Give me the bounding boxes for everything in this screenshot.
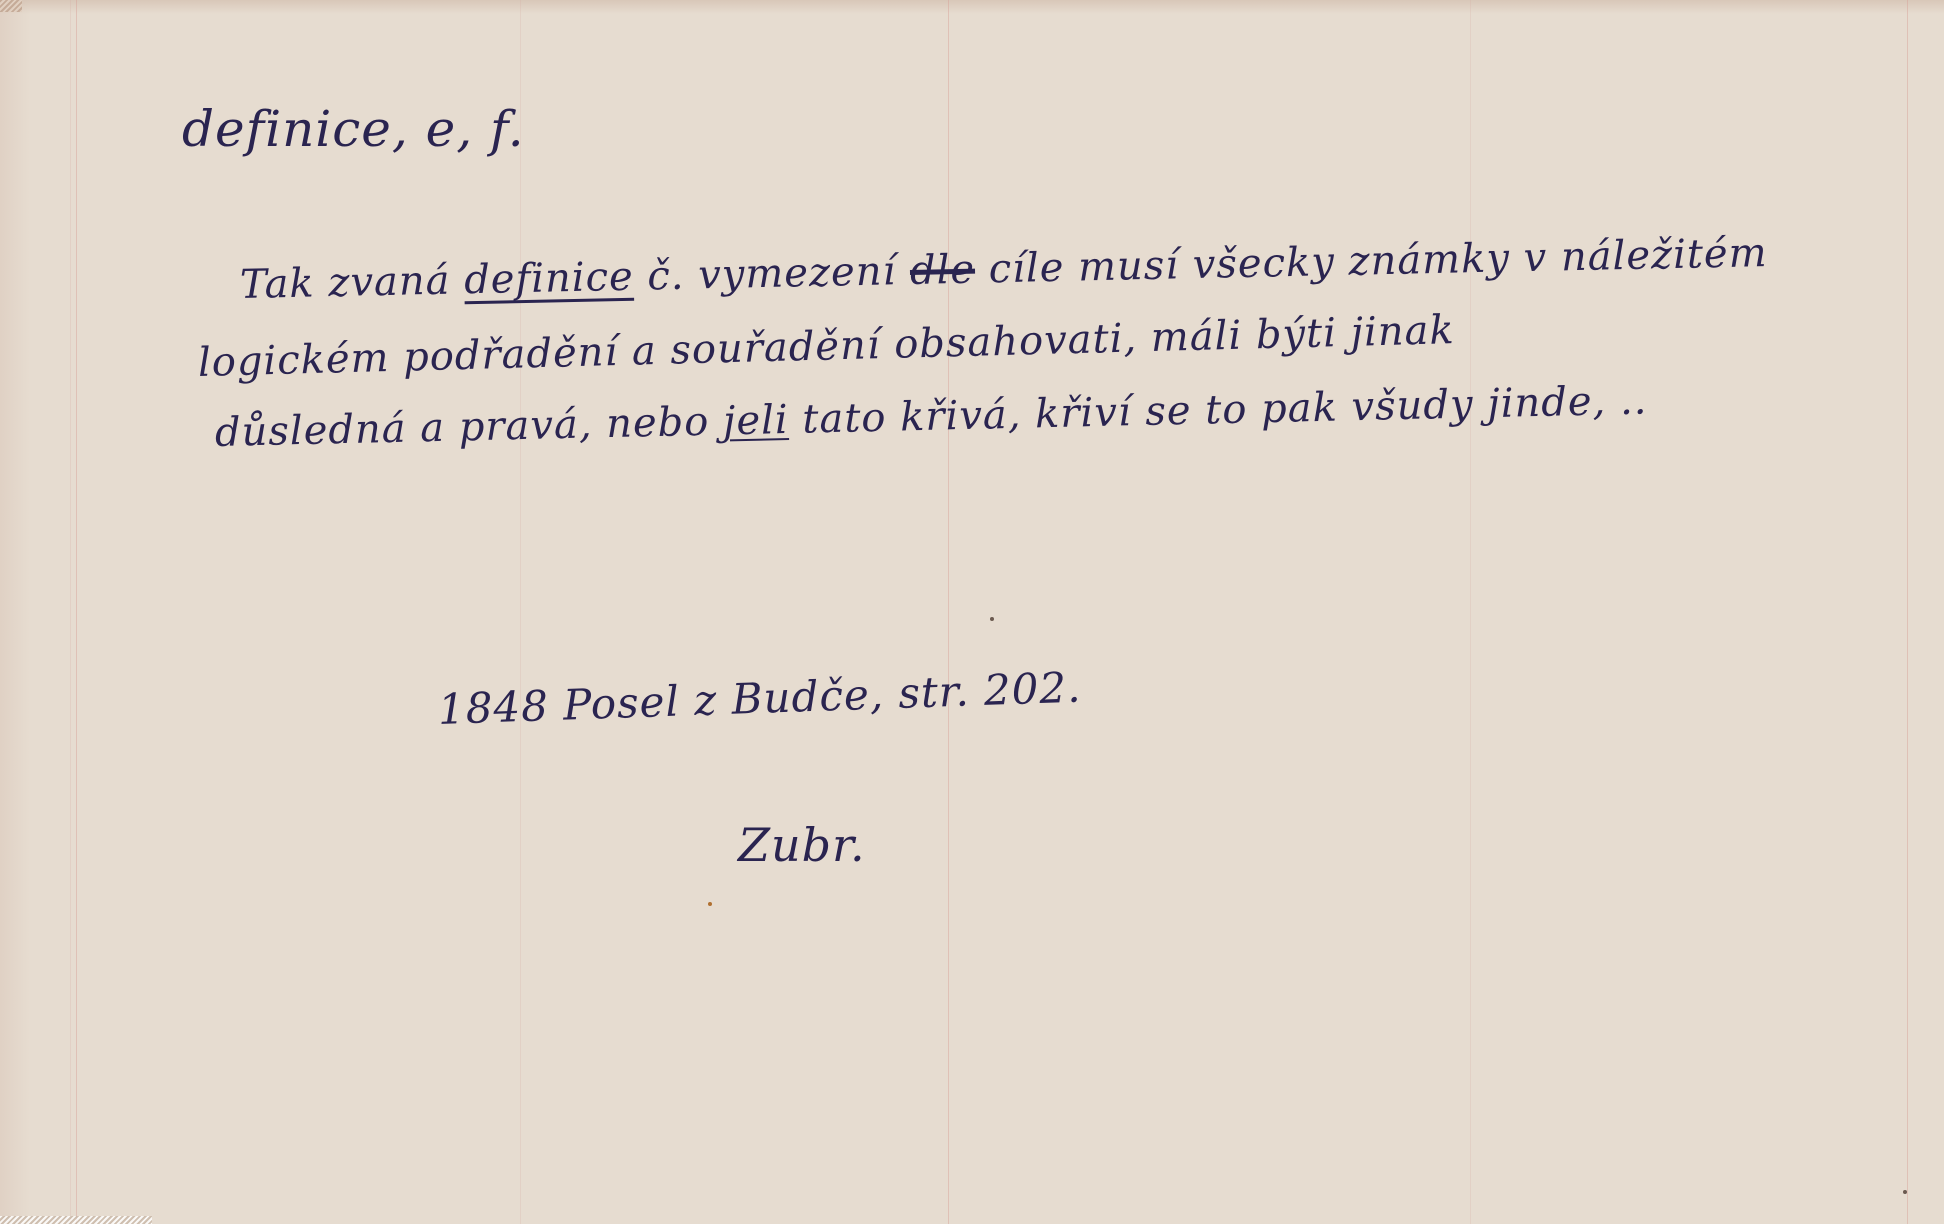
quote-line-3: důsledná a pravá, nebo jeli tato křivá, …: [214, 378, 1647, 456]
ruling-line: [1470, 0, 1471, 1224]
paper-spot: [990, 617, 994, 621]
author-signature: Zubr.: [738, 818, 866, 872]
ruling-line: [520, 0, 521, 1224]
quote-text: důsledná a pravá, nebo: [214, 398, 723, 456]
quote-line-1: Tak zvaná definice č. vymezení dle cíle …: [240, 230, 1768, 308]
paper-spot: [1903, 1190, 1907, 1194]
ruling-line: [1907, 0, 1908, 1224]
quote-text: tato křivá, křiví se to pak všudy jinde,…: [788, 378, 1648, 443]
underlined-word: jeli: [722, 397, 789, 444]
paper-spot: [708, 902, 712, 906]
ruling-line: [76, 0, 77, 1224]
struck-word: dle: [909, 247, 975, 294]
underlined-term: definice: [464, 254, 634, 304]
quote-text: č. vymezení: [633, 248, 910, 300]
index-card: definice, e, f. Tak zvaná definice č. vy…: [0, 0, 1944, 1224]
source-citation: 1848 Posel z Budče, str. 202.: [437, 663, 1082, 734]
ruling-line: [70, 0, 71, 1224]
quote-text: Tak zvaná: [240, 257, 465, 308]
scan-edge-bottom: [0, 1216, 152, 1224]
headword: definice, e, f.: [182, 100, 525, 158]
ruling-line: [948, 0, 949, 1224]
quote-line-2: logickém podřadění a souřadění obsahovat…: [197, 307, 1455, 386]
scan-edge-top: [0, 0, 22, 12]
quote-text: cíle musí všecky známky v náležitém: [975, 230, 1768, 293]
